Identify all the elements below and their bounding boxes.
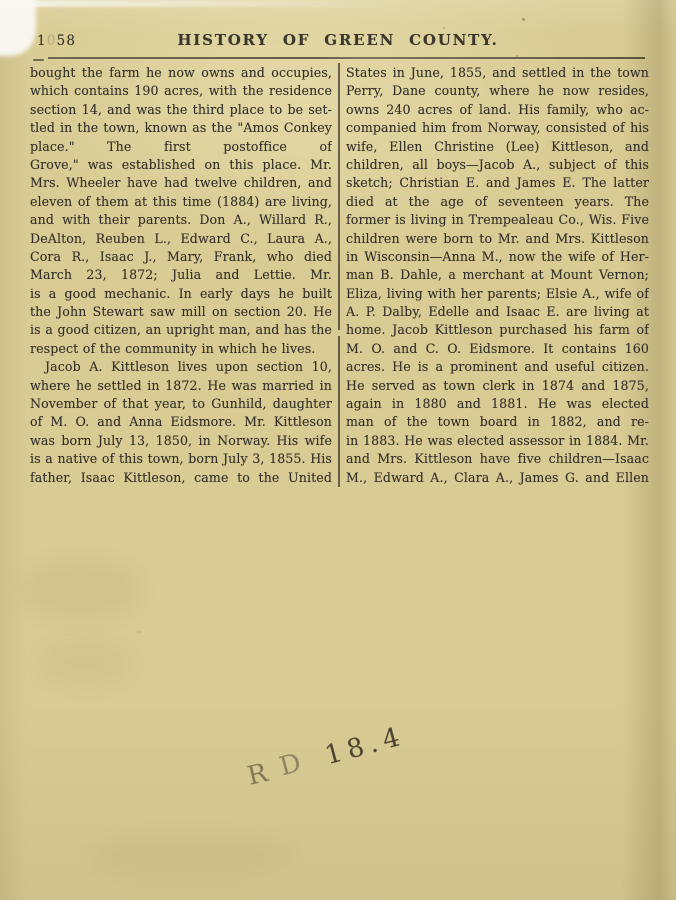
text-line: Eliza, living with her parents; Elsie A.… — [346, 285, 649, 303]
text-line: M. O. and C. O. Eidsmore. It contains 16… — [346, 340, 649, 358]
right-column: States in June, 1855, and settled in the… — [346, 64, 649, 487]
ink-speck — [516, 55, 518, 57]
text-line: and with their parents. Don A., Willard … — [30, 211, 332, 229]
book-page: 1058 HISTORY OF GREEN COUNTY. bought the… — [0, 0, 676, 900]
header-rule-dash — [33, 59, 44, 61]
stamp-glyph: R — [245, 758, 273, 792]
text-line: Perry, Dane county, where he now resides… — [346, 82, 649, 100]
text-line: Jacob A. Kittleson lives upon section 10… — [30, 358, 332, 376]
page-smudge — [90, 835, 290, 875]
ink-speck — [522, 18, 525, 21]
page-smudge — [40, 640, 130, 686]
text-line: children, all boys—Jacob A., subject of … — [346, 156, 649, 174]
text-line: Cora R., Isaac J., Mary, Frank, who died — [30, 248, 332, 266]
stamp-glyph: D — [276, 747, 306, 782]
page-smudge — [20, 560, 140, 620]
text-line: former is living in Trempealeau Co., Wis… — [346, 211, 649, 229]
text-line: Mrs. Wheeler have had twelve children, a… — [30, 174, 332, 192]
text-line: section 14, and was the third place to b… — [30, 101, 332, 119]
library-stamp: RD18.4 — [244, 721, 409, 792]
text-line: where he settled in 1872. He was married… — [30, 377, 332, 395]
text-line: Grove," was established on this place. M… — [30, 156, 332, 174]
text-line: was born July 13, 1850, in Norway. His w… — [30, 432, 332, 450]
ink-speck — [137, 631, 141, 633]
text-line: father, Isaac Kittleson, came to the Uni… — [30, 469, 332, 487]
text-line: man B. Dahle, a merchant at Mount Vernon… — [346, 266, 649, 284]
text-line: is a good mechanic. In early days he bui… — [30, 285, 332, 303]
scan-top-edge-light — [0, 0, 500, 7]
text-line: died at the age of seventeen years. The — [346, 193, 649, 211]
text-line: is a native of this town, born July 3, 1… — [30, 450, 332, 468]
text-line: tled in the town, known as the "Amos Con… — [30, 119, 332, 137]
text-line: November of that year, to Gunhild, daugh… — [30, 395, 332, 413]
text-line: home. Jacob Kittleson purchased his farm… — [346, 321, 649, 339]
text-line: eleven of them at this time (1884) are l… — [30, 193, 332, 211]
stamp-glyph: 18.4 — [322, 721, 409, 771]
header-rule — [48, 57, 645, 59]
text-line: children were born to Mr. and Mrs. Kittl… — [346, 230, 649, 248]
text-line: wife, Ellen Christine (Lee) Kittleson, a… — [346, 138, 649, 156]
text-line: acres. He is a prominent and useful citi… — [346, 358, 649, 376]
left-column: bought the farm he now owns and occupies… — [30, 64, 332, 487]
ink-speck — [443, 27, 445, 29]
text-line: sketch; Christian E. and James E. The la… — [346, 174, 649, 192]
text-line: the John Stewart saw mill on section 20.… — [30, 303, 332, 321]
text-line: in 1883. He was elected assessor in 1884… — [346, 432, 649, 450]
column-divider-upper — [338, 63, 340, 330]
running-header-title: HISTORY OF GREEN COUNTY. — [0, 31, 676, 49]
text-line: which contains 190 acres, with the resid… — [30, 82, 332, 100]
text-line: companied him from Norway, consisted of … — [346, 119, 649, 137]
text-line: A. P. Dalby, Edelle and Isaac E. are liv… — [346, 303, 649, 321]
text-line: M., Edward A., Clara A., James G. and El… — [346, 469, 649, 487]
text-line: bought the farm he now owns and occupies… — [30, 64, 332, 82]
text-line: place." The first postoffice of thistown… — [30, 138, 332, 156]
text-line: respect of the community in which he liv… — [30, 340, 332, 358]
text-line: He served as town clerk in 1874 and 1875… — [346, 377, 649, 395]
text-line: DeAlton, Reuben L., Edward C., Laura A., — [30, 230, 332, 248]
text-line: in Wisconsin—Anna M., now the wife of He… — [346, 248, 649, 266]
text-line: owns 240 acres of land. His family, who … — [346, 101, 649, 119]
text-line: man of the town board in 1882, and re-el… — [346, 413, 649, 431]
text-line: is a good citizen, an upright man, and h… — [30, 321, 332, 339]
text-line: and Mrs. Kittleson have five children—Is… — [346, 450, 649, 468]
text-line: States in June, 1855, and settled in the… — [346, 64, 649, 82]
text-line: March 23, 1872; Julia and Lettie. Mr. Wh… — [30, 266, 332, 284]
text-line: of M. O. and Anna Eidsmore. Mr. Kittleso… — [30, 413, 332, 431]
text-line: again in 1880 and 1881. He was elected c… — [346, 395, 649, 413]
column-divider-lower — [338, 336, 340, 487]
